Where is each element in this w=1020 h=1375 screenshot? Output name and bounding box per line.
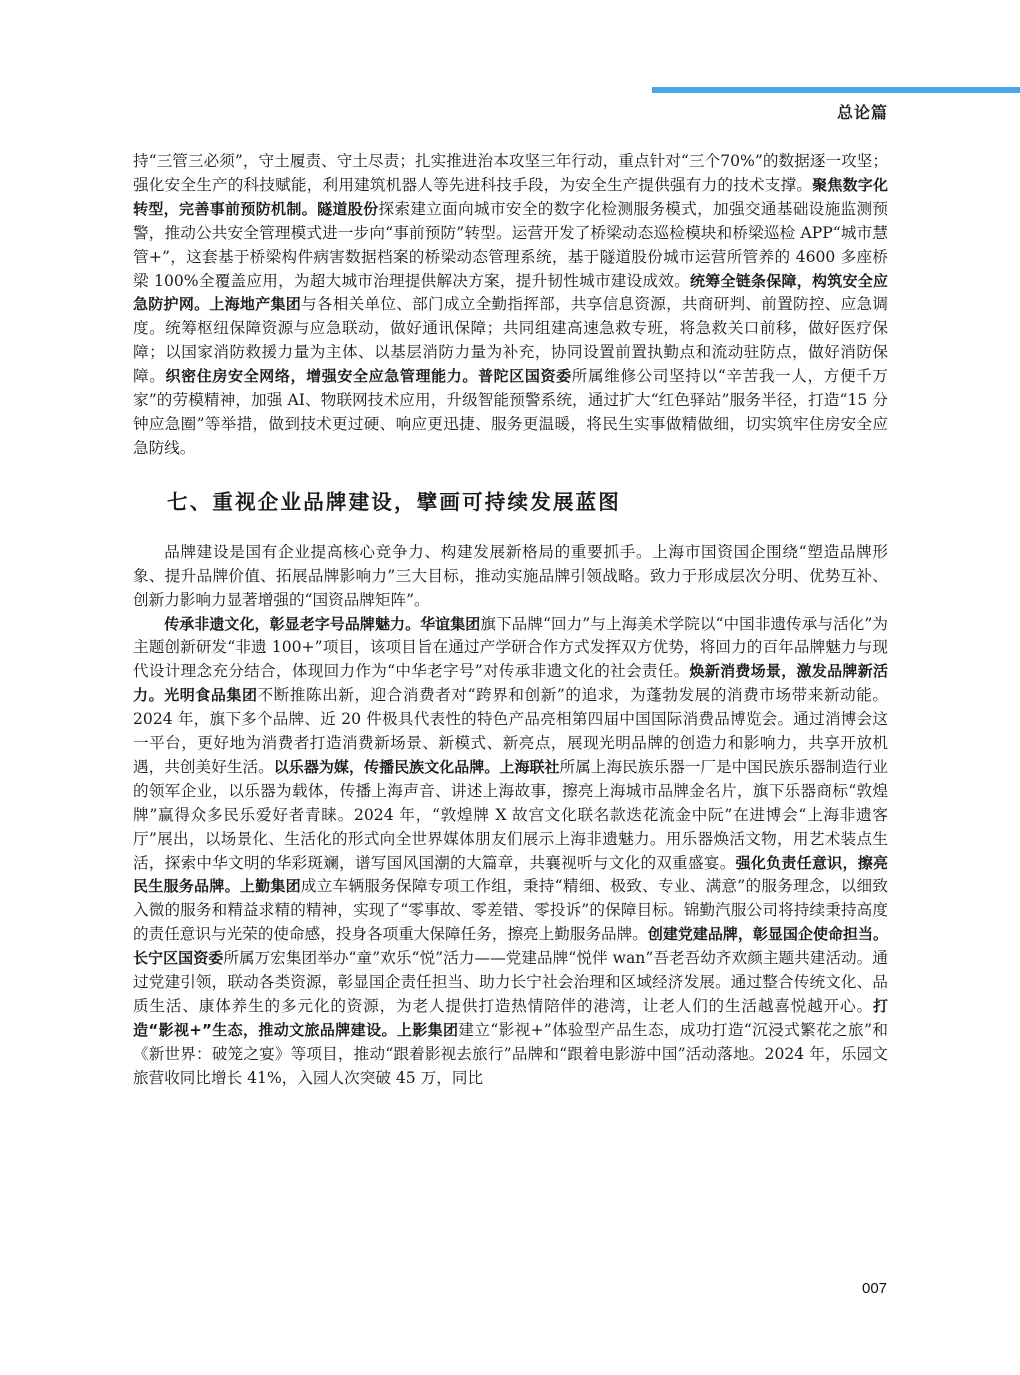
text-run: 品牌建设是国有企业提高核心竞争力、构建发展新格局的重要抓手。上海市国资国企围绕“…: [133, 543, 888, 609]
page-body: 持“三管三必须”，守土履责、守土尽责；扎实推进治本攻坚三年行动，重点针对“三个7…: [133, 150, 888, 1091]
page-number: 007: [862, 1280, 887, 1297]
paragraph-brand-intro: 品牌建设是国有企业提高核心竞争力、构建发展新格局的重要抓手。上海市国资国企围绕“…: [133, 541, 888, 613]
text-run: 持“三管三必须”，守土履责、守土尽责；扎实推进治本攻坚三年行动，重点针对“三个7…: [133, 152, 888, 194]
bold-heading-run: 以乐器为媒，传播民族文化品牌。上海联社: [274, 758, 560, 776]
bold-heading-run: 传承非遗文化，彰显老字号品牌魅力。华谊集团: [164, 615, 480, 633]
bold-heading-run: 织密住房安全网络，增强安全应急管理能力。普陀区国资委: [165, 367, 571, 385]
header-accent-bar: [652, 87, 1020, 93]
section-heading: 七、重视企业品牌建设，擘画可持续发展蓝图: [167, 488, 888, 516]
paragraph-brand-cases: 传承非遗文化，彰显老字号品牌魅力。华谊集团旗下品牌“回力”与上海美术学院以“中国…: [133, 613, 888, 1091]
running-header: 总论篇: [837, 100, 888, 123]
text-run: 所属万宏集团举办“童”欢乐“悦”活力——党建品牌“悦伴 wan”吾老吾幼齐欢颜主…: [133, 949, 888, 1015]
paragraph-safety-continued: 持“三管三必须”，守土履责、守土尽责；扎实推进治本攻坚三年行动，重点针对“三个7…: [133, 150, 888, 461]
